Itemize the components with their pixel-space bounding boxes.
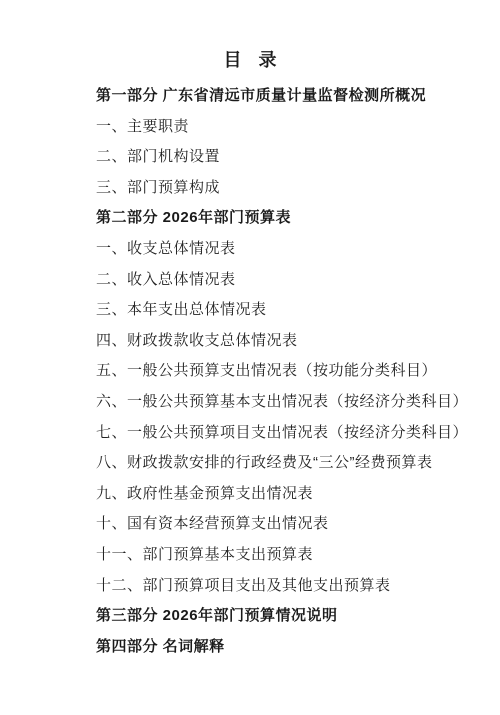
document-page: 目 录 第一部分 广东省清远市质量计量监督检测所概况一、主要职责二、部门机构设置… bbox=[0, 0, 500, 715]
toc-item: 十、国有资本经营预算支出情况表 bbox=[96, 509, 460, 540]
toc-item: 十二、部门预算项目支出及其他支出预算表 bbox=[96, 571, 460, 602]
toc-item: 四、财政拨款收支总体情况表 bbox=[96, 326, 460, 357]
toc-item: 一、收支总体情况表 bbox=[96, 234, 460, 265]
toc-item: 三、部门预算构成 bbox=[96, 173, 460, 204]
toc-part-heading: 第二部分 2026年部门预算表 bbox=[96, 203, 460, 234]
toc-part-heading: 第一部分 广东省清远市质量计量监督检测所概况 bbox=[96, 81, 460, 112]
toc-item: 八、财政拨款安排的行政经费及“三公”经费预算表 bbox=[96, 448, 460, 479]
toc-item: 五、一般公共预算支出情况表（按功能分类科目） bbox=[96, 356, 460, 387]
page-title: 目 录 bbox=[0, 0, 500, 72]
toc-item: 九、政府性基金预算支出情况表 bbox=[96, 479, 460, 510]
toc-item: 七、一般公共预算项目支出情况表（按经济分类科目） bbox=[96, 418, 460, 449]
toc-item: 二、收入总体情况表 bbox=[96, 265, 460, 296]
toc-item: 二、部门机构设置 bbox=[96, 142, 460, 173]
toc-list: 第一部分 广东省清远市质量计量监督检测所概况一、主要职责二、部门机构设置三、部门… bbox=[0, 81, 500, 662]
toc-item: 六、一般公共预算基本支出情况表（按经济分类科目） bbox=[96, 387, 460, 418]
toc-part-heading: 第三部分 2026年部门预算情况说明 bbox=[96, 601, 460, 632]
toc-item: 十一、部门预算基本支出预算表 bbox=[96, 540, 460, 571]
toc-item: 三、本年支出总体情况表 bbox=[96, 295, 460, 326]
toc-part-heading: 第四部分 名词解释 bbox=[96, 632, 460, 663]
toc-item: 一、主要职责 bbox=[96, 112, 460, 143]
